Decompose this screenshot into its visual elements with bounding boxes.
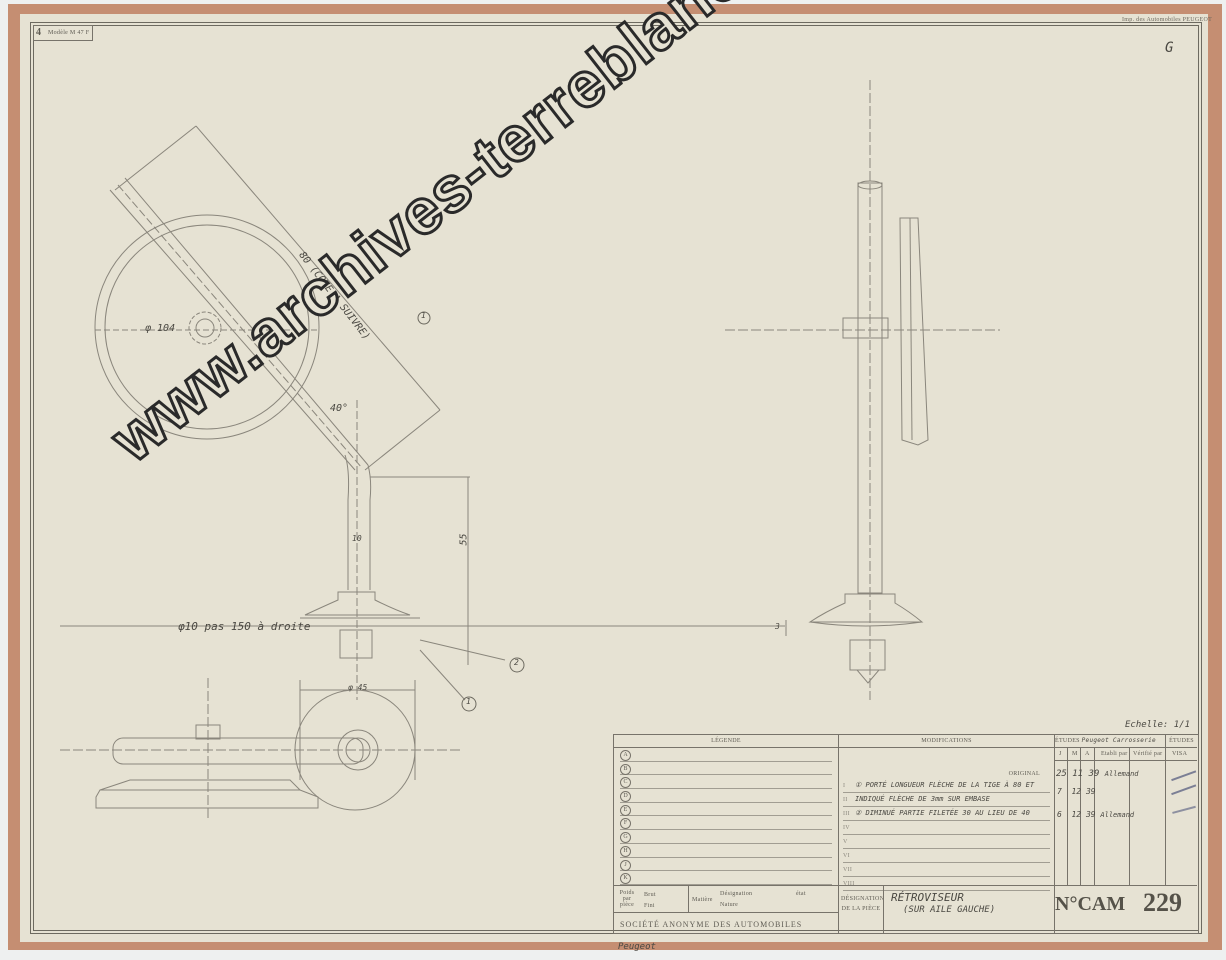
legend-letter: H [620,846,631,857]
legend-row: F [620,816,832,830]
original-etabli: Allemand [1105,770,1139,778]
piece-subtitle: (SUR AILE GAUCHE) [903,905,995,915]
scale-label: Echelle: 1/1 [1125,720,1190,730]
modification-text: ① PORTÉ LONGUEUR FLÈCHE DE LA TIGE À 80 … [855,781,1034,789]
modification-text: ② DIMINUÉ PARTIE FILETÉE 30 AU LIEU DE 4… [855,809,1030,817]
mod2-a: 39 [1086,810,1096,819]
original-m: 11 [1072,769,1083,779]
legend-header: LÉGENDE [614,735,838,748]
mod1-date: 7 12 39 [1057,787,1096,796]
company-name: SOCIÉTÉ ANONYME DES AUTOMOBILES [620,920,802,929]
modification-roman: III [843,811,850,817]
col-a: A [1085,748,1090,760]
mod-ref-2: 2 [514,658,519,667]
mod-ref-1b: 1 [466,697,471,706]
legend-letter: G [620,832,631,843]
studies-header: ÉTUDES Peugeot Carrosserie [1055,735,1166,748]
material-panel: Poids par pièce Brut Fini Matière Désign… [614,885,839,933]
legend-panel: LÉGENDE ABCDEFGHJK [614,735,839,885]
brut-label: Brut [644,892,656,898]
modification-roman: VII [843,867,852,873]
mod1-j: 7 [1057,787,1062,796]
modification-roman: VI [843,853,850,859]
modification-row: VII [843,863,1050,877]
legend-row: H [620,844,832,858]
visa-header: ÉTUDES [1166,735,1197,748]
modification-roman: IV [843,825,850,831]
designation-panel: DÉSIGNATION DE LA PIÈCE RÉTROVISEUR (SUR… [839,885,1055,933]
legend-row: D [620,789,832,803]
mod-ref-1: 1 [421,311,426,320]
col-visa: VISA [1172,748,1187,760]
brand-logo: Peugeot [618,942,656,952]
modification-row: IIINDIQUÉ FLÈCHE DE 3mm SUR EMBASE [843,793,1050,807]
dim-stem-width: 10 [352,534,362,543]
piece-name: RÉTROVISEUR [891,891,964,904]
dim-stem-height: 55 [459,533,470,545]
company-row: SOCIÉTÉ ANONYME DES AUTOMOBILES Peugeot [614,912,838,933]
etat-label: état [796,891,806,897]
legend-letter: F [620,818,631,829]
legend-letter: C [620,777,631,788]
modification-row: V [843,835,1050,849]
legend-row: C [620,775,832,789]
legend-row: K [620,871,832,885]
legend-letter: B [620,764,631,775]
studies-columns: J M A Etabli par Vérifié par VISA [1055,748,1197,761]
legend-letter: A [620,750,631,761]
part-number-panel: N°CAM 229 [1055,885,1197,933]
mod2-date: 6 12 39 Allemand [1057,810,1134,819]
modifications-list: I① PORTÉ LONGUEUR FLÈCHE DE LA TIGE À 80… [839,779,1054,891]
modification-text: INDIQUÉ FLÈCHE DE 3mm SUR EMBASE [855,795,990,803]
col-verifie: Vérifié par [1133,748,1162,760]
modification-roman: I [843,783,845,789]
original-label: ORIGINAL [1009,771,1040,777]
visa-signature-3 [1170,798,1196,814]
nature-label: Nature [720,902,738,908]
mod2-etabli: Allemand [1100,811,1134,819]
studies-header-label: ÉTUDES [1055,738,1080,744]
modifications-panel: MODIFICATIONS ORIGINAL I① PORTÉ LONGUEUR… [839,735,1055,885]
dim-angle: 40° [330,403,348,414]
col-etabli: Etabli par [1101,748,1128,760]
title-block: LÉGENDE ABCDEFGHJK MODIFICATIONS ORIGINA… [613,734,1199,934]
legend-list: ABCDEFGHJK [614,748,838,885]
legend-row: G [620,830,832,844]
col-j: J [1059,748,1062,760]
dim-3mm: 3 [775,622,780,631]
matiere-label: Matière [692,897,713,903]
legend-row: J [620,858,832,872]
designation-label: Désignation [720,891,752,897]
studies-handwritten: Peugeot Carrosserie [1082,737,1156,744]
mod1-m: 12 [1071,787,1081,796]
fini-label: Fini [644,903,655,909]
original-a: 39 [1089,769,1100,779]
legend-row: E [620,803,832,817]
mod2-m: 12 [1071,810,1081,819]
mod1-a: 39 [1086,787,1096,796]
part-number: 229 [1143,888,1182,918]
modification-row: III② DIMINUÉ PARTIE FILETÉE 30 AU LIEU D… [843,807,1050,821]
modification-roman: II [843,797,848,803]
modification-roman: V [843,839,848,845]
dim-mirror-diameter: φ 104 [145,323,175,334]
legend-letter: E [620,805,631,816]
part-number-prefix: N°CAM [1055,893,1125,916]
original-date: 25 11 39 Allemand [1056,769,1139,779]
dim-base-diameter: φ 45 [348,683,367,692]
legend-row: A [620,748,832,762]
modification-row: VI [843,849,1050,863]
legend-row: B [620,762,832,776]
studies-panel: ÉTUDES Peugeot Carrosserie ÉTUDES J M A … [1055,735,1197,885]
thread-note: φ10 pas 150 à droite [178,620,310,633]
original-j: 25 [1056,769,1067,779]
legend-letter: K [620,873,631,884]
modification-row: IV [843,821,1050,835]
poids-label: Poids par pièce [618,890,636,908]
mod2-j: 6 [1057,810,1062,819]
modifications-header: MODIFICATIONS [839,735,1054,748]
modification-row: I① PORTÉ LONGUEUR FLÈCHE DE LA TIGE À 80… [843,779,1050,793]
legend-letter: J [620,860,631,871]
col-m: M [1072,748,1078,760]
designation-piece-label: DÉSIGNATION DE LA PIÈCE [841,894,881,914]
legend-letter: D [620,791,631,802]
